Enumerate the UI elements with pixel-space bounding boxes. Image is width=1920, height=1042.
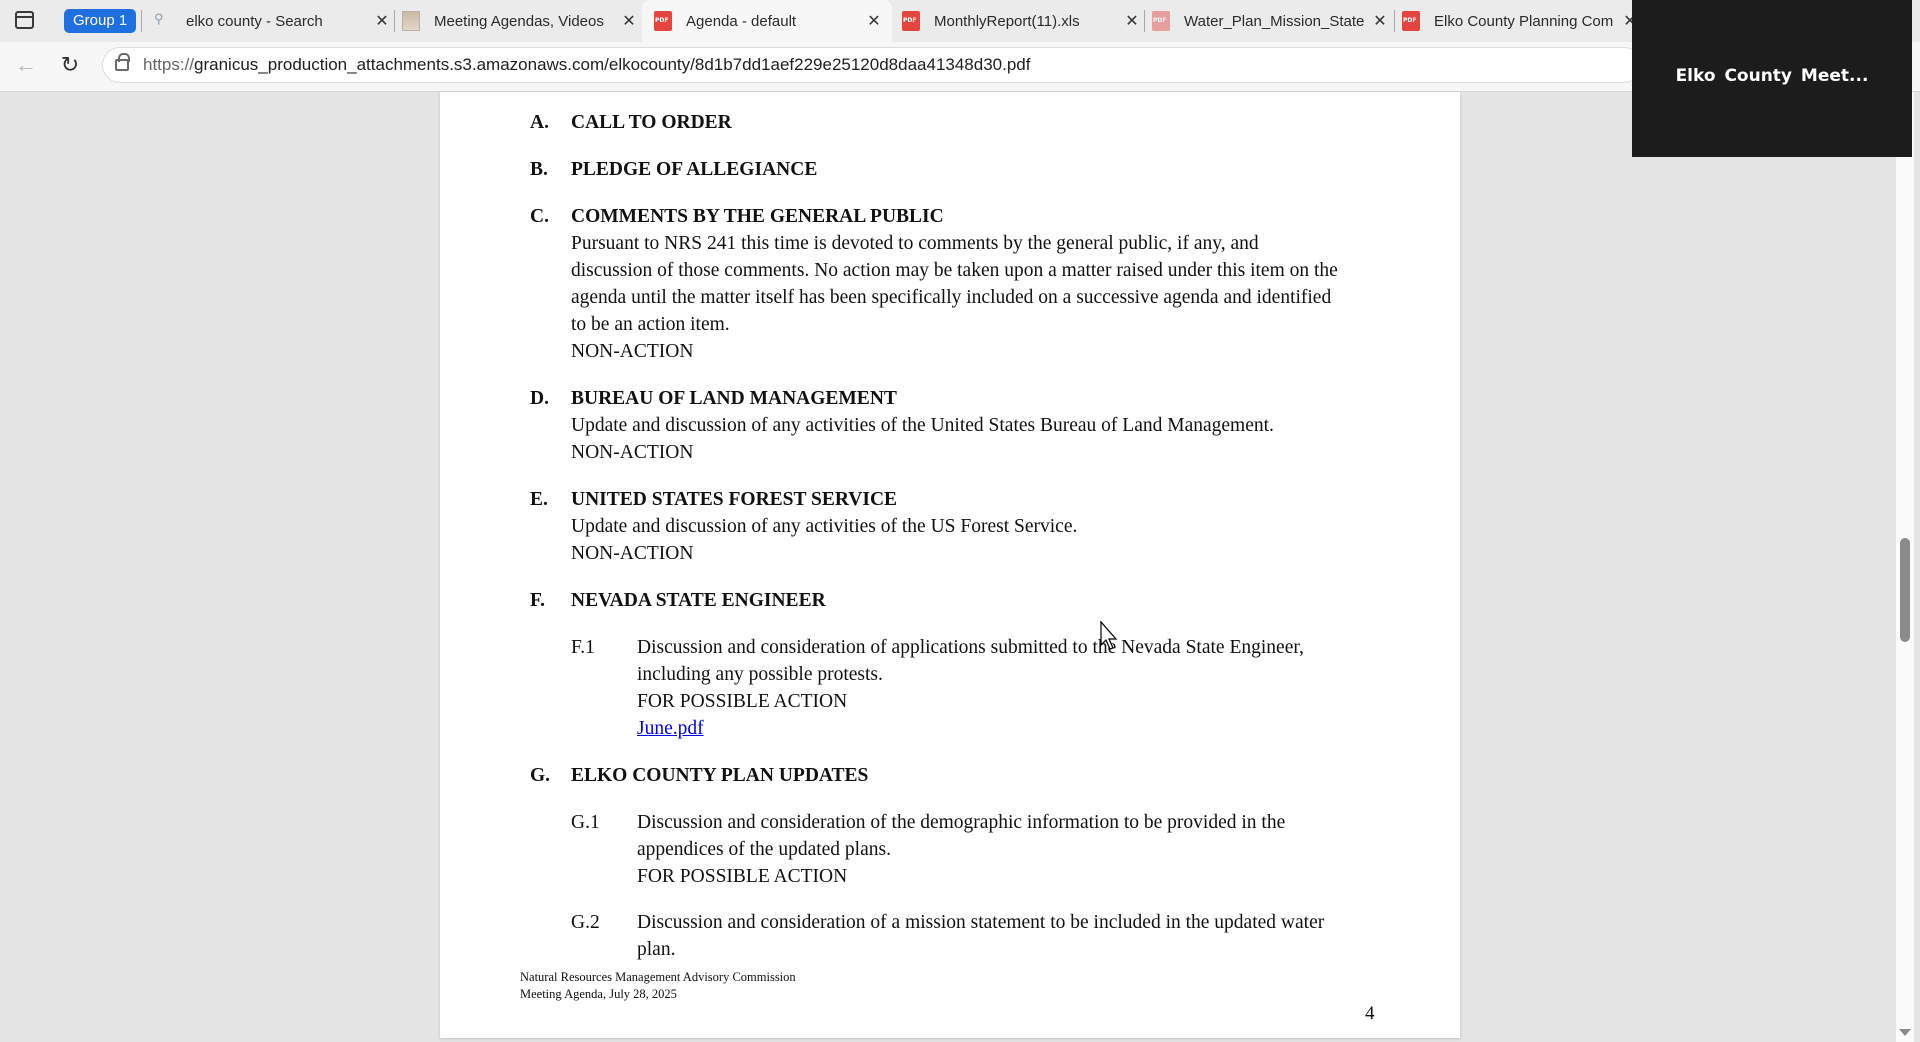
- item-heading: PLEDGE OF ALLEGIANCE: [571, 159, 817, 181]
- tab-water-plan[interactable]: Water_Plan_Mission_State ✕: [1152, 0, 1388, 42]
- body-line: Update and discussion of any activities …: [571, 513, 1371, 540]
- item-heading: NEVADA STATE ENGINEER: [571, 590, 826, 612]
- action-type: FOR POSSIBLE ACTION: [637, 688, 1377, 715]
- close-icon[interactable]: ✕: [866, 11, 882, 31]
- tab-meeting-agendas[interactable]: Meeting Agendas, Videos ✕: [402, 0, 637, 42]
- page-number: 4: [1365, 1003, 1375, 1025]
- item-heading: COMMENTS BY THE GENERAL PUBLIC: [571, 206, 944, 228]
- subitem-body: Discussion and consideration of the demo…: [637, 809, 1377, 890]
- vertical-scrollbar[interactable]: [1896, 92, 1914, 1042]
- tab-group-chip[interactable]: Group 1: [64, 9, 136, 33]
- close-icon[interactable]: ✕: [1372, 11, 1388, 31]
- scroll-down-arrow-icon[interactable]: [1899, 1029, 1911, 1036]
- tab-title: elko county - Search: [186, 13, 366, 30]
- body-line: appendices of the updated plans.: [637, 836, 1377, 863]
- tab-separator: [1394, 10, 1395, 32]
- item-letter: G.: [530, 765, 550, 787]
- overlay-title: Elko County Meet...: [1632, 66, 1912, 86]
- browser-window: Group 1 ⚲ elko county - Search ✕ Meeting…: [0, 0, 1920, 1042]
- item-heading: ELKO COUNTY PLAN UPDATES: [571, 765, 868, 787]
- page-favicon: [402, 11, 420, 31]
- item-body: Pursuant to NRS 241 this time is devoted…: [571, 230, 1431, 365]
- item-letter: E.: [530, 489, 548, 511]
- action-type: NON-ACTION: [571, 338, 1431, 365]
- body-line: Update and discussion of any activities …: [571, 412, 1371, 439]
- tab-title: MonthlyReport(11).xls: [934, 13, 1116, 30]
- attachment-link[interactable]: June.pdf: [637, 718, 704, 739]
- item-body: Update and discussion of any activities …: [571, 513, 1371, 567]
- item-letter: F.: [530, 590, 545, 612]
- item-letter: C.: [530, 206, 549, 228]
- body-line: agenda until the matter itself has been …: [571, 284, 1431, 311]
- lock-icon[interactable]: [115, 59, 129, 71]
- tab-title: Meeting Agendas, Videos: [434, 13, 613, 30]
- pdf-icon: [654, 11, 672, 31]
- item-letter: B.: [530, 159, 548, 181]
- media-overlay[interactable]: Elko County Meet...: [1632, 0, 1912, 157]
- pdf-icon: [1152, 11, 1170, 31]
- item-heading: BUREAU OF LAND MANAGEMENT: [571, 388, 897, 410]
- close-icon[interactable]: ✕: [1124, 11, 1140, 31]
- back-arrow-icon[interactable]: ←: [14, 53, 38, 77]
- close-icon[interactable]: ✕: [621, 11, 637, 31]
- tab-title: Water_Plan_Mission_State: [1184, 13, 1364, 30]
- subitem-body: Discussion and consideration of a missio…: [637, 909, 1377, 963]
- body-line: including any possible protests.: [637, 661, 1377, 688]
- sidebar-toggle-icon[interactable]: [15, 11, 34, 29]
- body-line: Pursuant to NRS 241 this time is devoted…: [571, 230, 1431, 257]
- body-line: to be an action item.: [571, 311, 1431, 338]
- item-letter: D.: [530, 388, 549, 410]
- pdf-page: A. CALL TO ORDER B. PLEDGE OF ALLEGIANCE…: [440, 92, 1460, 1038]
- action-type: NON-ACTION: [571, 540, 1371, 567]
- url-text[interactable]: https://granicus_production_attachments.…: [143, 48, 1030, 82]
- item-body: Update and discussion of any activities …: [571, 412, 1371, 466]
- action-type: FOR POSSIBLE ACTION: [637, 863, 1377, 890]
- footer-meeting-date: Meeting Agenda, July 28, 2025: [520, 987, 677, 1002]
- url-scheme: https://: [143, 55, 194, 74]
- tab-separator: [394, 10, 395, 32]
- pdf-icon: [902, 11, 920, 31]
- tab-separator: [1144, 10, 1145, 32]
- mouse-cursor-icon: [1100, 621, 1122, 653]
- action-type: NON-ACTION: [571, 439, 1371, 466]
- close-icon[interactable]: ✕: [374, 11, 390, 31]
- pdf-viewer: A. CALL TO ORDER B. PLEDGE OF ALLEGIANCE…: [0, 92, 1920, 1042]
- pdf-icon: [1402, 11, 1420, 31]
- tab-title: Elko County Planning Com: [1434, 13, 1614, 30]
- item-heading: UNITED STATES FOREST SERVICE: [571, 489, 897, 511]
- tab-title: Agenda - default: [686, 13, 858, 30]
- tab-elko-search[interactable]: ⚲ elko county - Search ✕: [150, 0, 390, 42]
- reload-icon[interactable]: ↻: [58, 53, 82, 77]
- item-heading: CALL TO ORDER: [571, 112, 732, 134]
- body-line: Discussion and consideration of applicat…: [637, 634, 1377, 661]
- body-line: plan.: [637, 936, 1377, 963]
- scrollbar-thumb[interactable]: [1900, 538, 1910, 642]
- tab-elko-planning[interactable]: Elko County Planning Com ✕: [1402, 0, 1638, 42]
- subitem-body: Discussion and consideration of applicat…: [637, 634, 1377, 742]
- subitem-number: F.1: [571, 637, 595, 659]
- url-path: granicus_production_attachments.s3.amazo…: [194, 55, 1030, 74]
- item-letter: A.: [530, 112, 549, 134]
- subitem-number: G.1: [571, 812, 600, 834]
- tab-monthly-report[interactable]: MonthlyReport(11).xls ✕: [900, 0, 1140, 42]
- body-line: Discussion and consideration of a missio…: [637, 909, 1377, 936]
- body-line: discussion of those comments. No action …: [571, 257, 1431, 284]
- address-bar[interactable]: https://granicus_production_attachments.…: [102, 47, 1642, 83]
- tab-agenda-default[interactable]: Agenda - default ✕: [642, 0, 892, 42]
- body-line: Discussion and consideration of the demo…: [637, 809, 1377, 836]
- tab-separator: [141, 10, 142, 32]
- subitem-number: G.2: [571, 912, 600, 934]
- footer-commission: Natural Resources Management Advisory Co…: [520, 970, 796, 985]
- search-icon: ⚲: [154, 11, 172, 31]
